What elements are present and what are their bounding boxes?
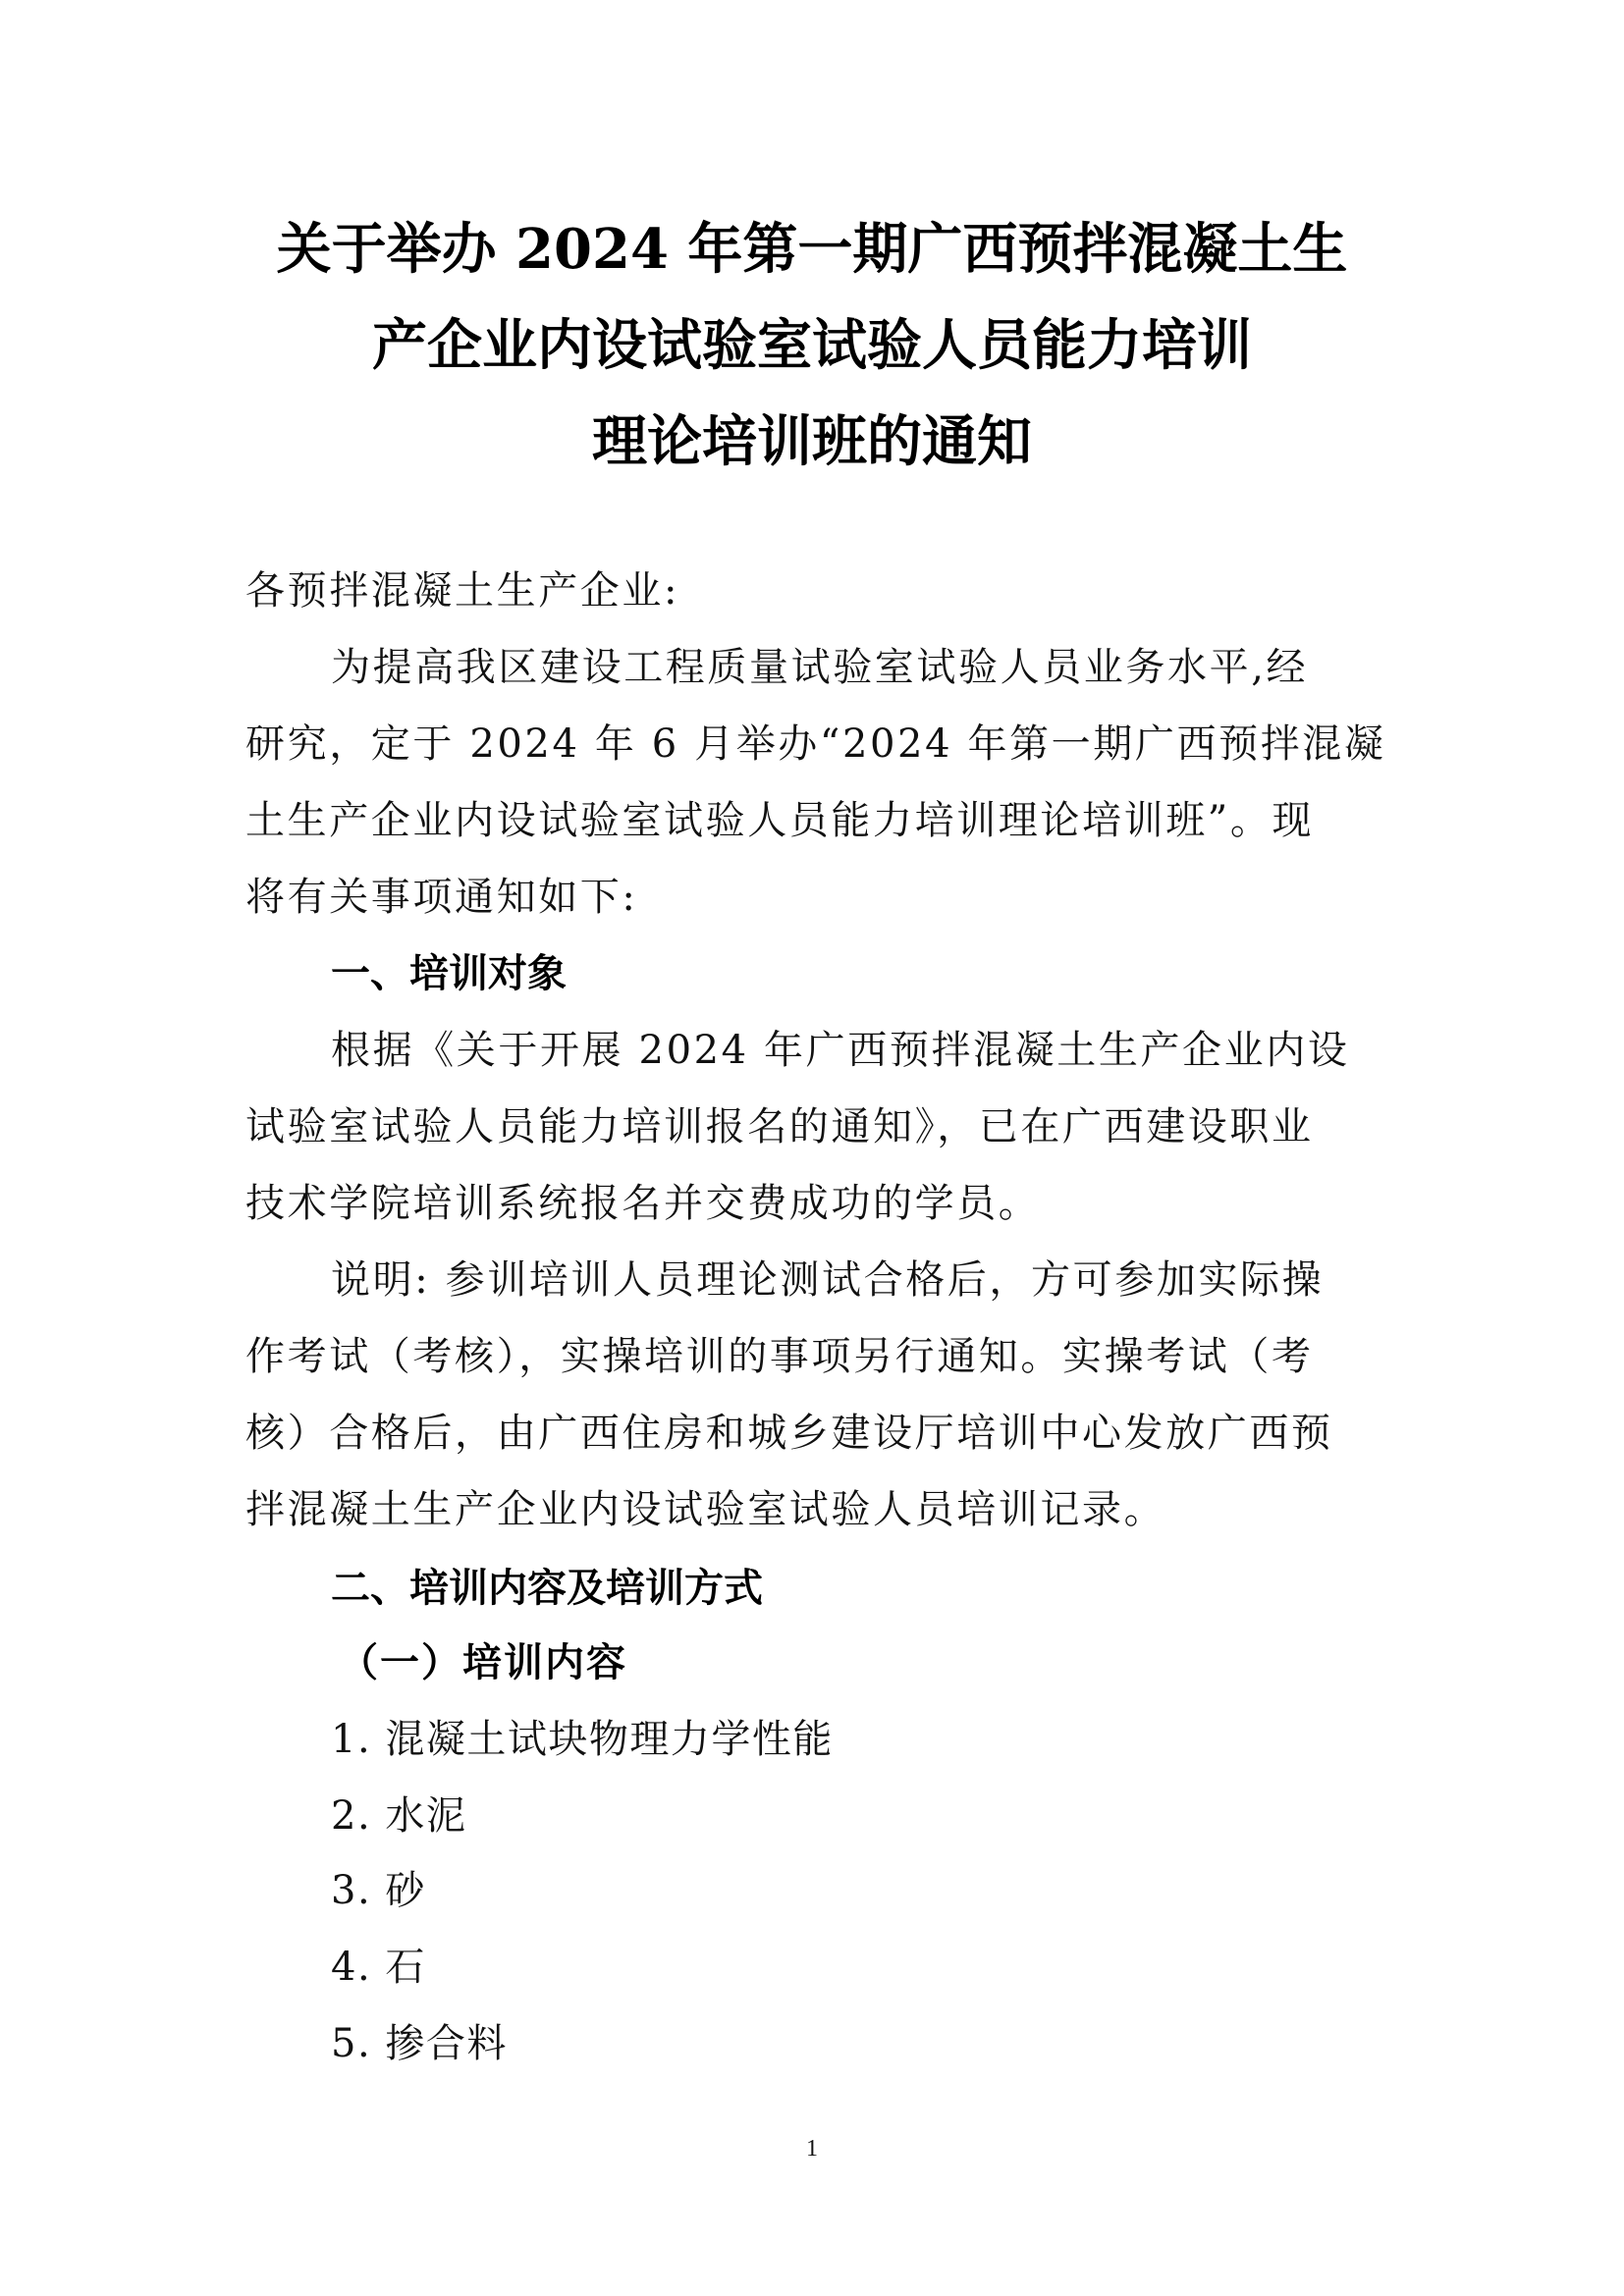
section-1-heading: 一、培训对象	[331, 950, 567, 997]
salutation: 各预拌混凝土生产企业:	[245, 567, 679, 614]
content-item-4: 4. 石	[331, 1944, 426, 1991]
intro-line-3: 土生产企业内设试验室试验人员能力培训理论培训班”。现	[245, 797, 1314, 844]
section-1-note-line-1: 说明: 参训培训人员理论测试合格后，方可参加实际操	[331, 1256, 1324, 1304]
intro-line-2: 研究，定于 2024 年 6 月举办“2024 年第一期广西预拌混凝	[245, 721, 1385, 768]
section-1-note-line-4: 拌混凝土生产企业内设试验室试验人员培训记录。	[245, 1486, 1165, 1533]
section-1-para-1-line-1: 根据《关于开展 2024 年广西预拌混凝土生产企业内设	[331, 1027, 1349, 1074]
document-title-line-1: 关于举办 2024 年第一期广西预拌混凝土生	[196, 220, 1428, 279]
content-item-1: 1. 混凝土试块物理力学性能	[331, 1716, 834, 1763]
section-1-note-line-3: 核）合格后，由广西住房和城乡建设厅培训中心发放广西预	[245, 1410, 1333, 1457]
section-1-note-line-2: 作考试（考核），实操培训的事项另行通知。实操考试（考	[245, 1333, 1314, 1380]
content-item-2: 2. 水泥	[331, 1792, 466, 1840]
document-title-line-3: 理论培训班的通知	[196, 412, 1428, 471]
document-page: 关于举办 2024 年第一期广西预拌混凝土生 产企业内设试验室试验人员能力培训 …	[0, 0, 1624, 2296]
intro-line-1: 为提高我区建设工程质量试验室试验人员业务水平,经	[331, 644, 1308, 691]
section-1-para-1-line-3: 技术学院培训系统报名并交费成功的学员。	[245, 1180, 1040, 1227]
section-2-subheading: （一）培训内容	[339, 1639, 627, 1686]
page-number: 1	[0, 2136, 1624, 2163]
content-item-5: 5. 掺合料	[331, 2020, 508, 2067]
section-1-para-1-line-2: 试验室试验人员能力培训报名的通知》，已在广西建设职业	[245, 1103, 1314, 1150]
content-item-3: 3. 砂	[331, 1867, 426, 1914]
intro-line-4: 将有关事项通知如下:	[245, 874, 637, 921]
section-2-heading: 二、培训内容及培训方式	[331, 1565, 763, 1612]
document-title-line-2: 产企业内设试验室试验人员能力培训	[196, 316, 1428, 375]
